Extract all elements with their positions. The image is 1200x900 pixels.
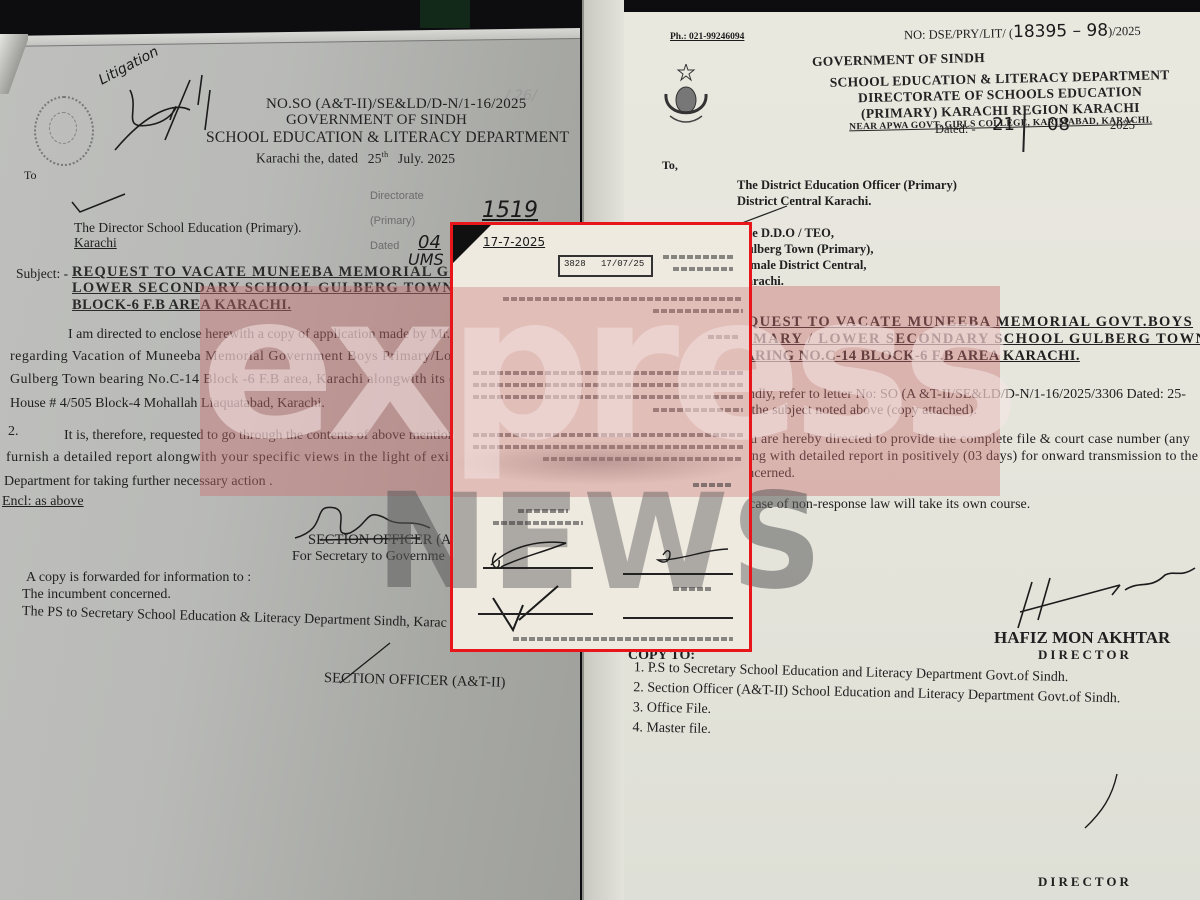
copy-item-2: The PS to Secretary School Education & L… (22, 604, 447, 632)
addressee-line-1: The Director School Education (Primary). (74, 220, 302, 236)
dated-label: Dated: - (935, 122, 976, 137)
signature-icon (643, 535, 733, 575)
paragraph-2-number: 2. (8, 424, 19, 440)
addressee-2-line-3: Female District Central, (737, 258, 866, 273)
paragraph-1-line-1: I am directed to enclose herewith a copy… (68, 327, 456, 343)
copy-item-1: The incumbent concerned. (22, 587, 171, 603)
department-title: SCHOOL EDUCATION & LITERACY DEPARTMENT (206, 129, 569, 147)
dated-day: 21 (992, 114, 1015, 135)
pen-stroke-icon (1082, 772, 1122, 832)
paragraph-1-line-2: regarding Vacation of Muneeba Memorial G… (10, 349, 474, 365)
to-label: To, (662, 158, 678, 173)
signature-line (483, 567, 593, 569)
addressee-line-2: Karachi (74, 235, 117, 251)
signatory-title: DIRECTOR (1038, 647, 1132, 663)
signature-line (623, 617, 733, 619)
urdu-text-line (693, 483, 733, 487)
signature-line (478, 613, 593, 615)
addressee-1-line-1: The District Education Officer (Primary) (737, 178, 957, 193)
seal-stamp-icon (34, 96, 94, 166)
director-signature-icon (1000, 530, 1200, 630)
subject-line-3: BLOCK-6 F.B AREA KARACHI. (72, 297, 291, 314)
paragraph-2-line-1: It is, therefore, requested to go throug… (64, 428, 455, 444)
paragraph-2-line-2: furnish a detailed report alongwith your… (6, 450, 460, 466)
watermark-express: express (450, 269, 752, 469)
subject-line-1: REQUEST TO VACATE MUNEEBA MEMORIAL GOVT.… (72, 264, 504, 281)
inset-handwritten-date: 17-7-2025 (483, 235, 545, 249)
dated-year: 2025 (1110, 118, 1135, 133)
receipt-stamp-line-2: (Primary) (370, 215, 415, 227)
receipt-dated-label: Dated (370, 240, 399, 252)
reference-prefix: NO: DSE/PRY/LIT/ ( (904, 26, 1013, 42)
bottom-director-title: DIRECTOR (1038, 874, 1132, 890)
tick-mark-icon (70, 192, 130, 217)
signatory-for: For Secretary to Governme (292, 549, 445, 565)
signatory-title: SECTION OFFICER (A (308, 532, 451, 549)
reference-handwritten: 18395 – 98 (1013, 21, 1108, 43)
paragraph-1-line-3: Gulberg Town bearing No.C-14 Block -6 F.… (10, 372, 474, 388)
phone-number: Ph.: 021-99246094 (670, 32, 744, 42)
signature-icon (481, 535, 591, 575)
paper-edge (0, 28, 580, 47)
copy-intro: A copy is forwarded for information to : (26, 570, 251, 586)
paragraph-3: In case of non-response law will take it… (734, 497, 1030, 513)
copy-to-list: P.S to Secretary School Education and Li… (622, 658, 1121, 749)
dated-month: 08 (1047, 114, 1070, 135)
background-object (420, 0, 470, 28)
urdu-text-line (518, 509, 568, 513)
subject-label: Subject: - (16, 266, 68, 282)
bottom-signatory: SECTION OFFICER (A&T-II) (324, 670, 506, 692)
reference-number: NO.SO (A&T-II)/SE&LD/D-N/1-16/2025 (266, 96, 526, 113)
urdu-text-line (493, 521, 583, 525)
subject-line-2: PRIMARY / LOWER SECONDARY SCHOOL GULBERG… (724, 331, 1200, 348)
signature-line (623, 573, 733, 575)
urdu-text-line (513, 637, 733, 641)
subject-line-1: REQUEST TO VACATE MUNEEBA MEMORIAL GOVT.… (724, 314, 1193, 331)
paper-curl (0, 34, 28, 94)
date-suffix: th (382, 150, 389, 159)
subject-line-3: BEARING NO.C-14 BLOCK-6 F.B AREA KARACHI… (724, 348, 1080, 365)
paragraph-1-line-1: Kindly, refer to letter No: SO (A &T-II/… (734, 387, 1186, 403)
subject-line-2: LOWER SECONDARY SCHOOL GULBERG TOWN BEA (72, 280, 492, 297)
tick-signature-icon (483, 580, 593, 640)
government-title: GOVERNMENT OF SINDH (286, 112, 467, 129)
paragraph-2-line-1: You are hereby directed to provide the c… (734, 432, 1190, 448)
signatory-name: HAFIZ MON AKHTAR (994, 628, 1170, 648)
date-rest: July. 2025 (398, 151, 455, 166)
urdu-text-line (673, 587, 713, 591)
date-day: 25 (368, 151, 382, 166)
urdu-application-inset: 17-7-2025 3828 17/07/25 express NEWS (450, 222, 752, 652)
reference-number: NO: DSE/PRY/LIT/ (18395 – 98)/2025 (904, 20, 1141, 44)
reference-suffix: )/2025 (1108, 24, 1141, 39)
addressee-2-line-2: Gulberg Town (Primary), (737, 242, 873, 257)
diary-number: 1519 (482, 198, 538, 223)
signature-icon (110, 70, 220, 150)
paragraph-2-line-2: along with detailed report in positively… (734, 449, 1198, 465)
to-label: To (24, 168, 37, 183)
receipt-stamp-line-1: Directorate (370, 190, 424, 202)
letter-date: Karachi the, dated 25th July. 2025 (256, 150, 455, 167)
date-divider (1022, 114, 1025, 152)
date-prefix: Karachi the, dated (256, 151, 358, 166)
paragraph-1-line-2: on the subject noted above (copy attache… (734, 403, 977, 419)
paragraph-1-line-4: House # 4/505 Block-4 Mohallah Liaquatab… (10, 396, 325, 412)
paragraph-2-line-3: Department for taking further necessary … (4, 474, 273, 490)
enclosure-note: Encl: as above (2, 494, 84, 510)
sindh-government-emblem-icon (660, 64, 712, 126)
